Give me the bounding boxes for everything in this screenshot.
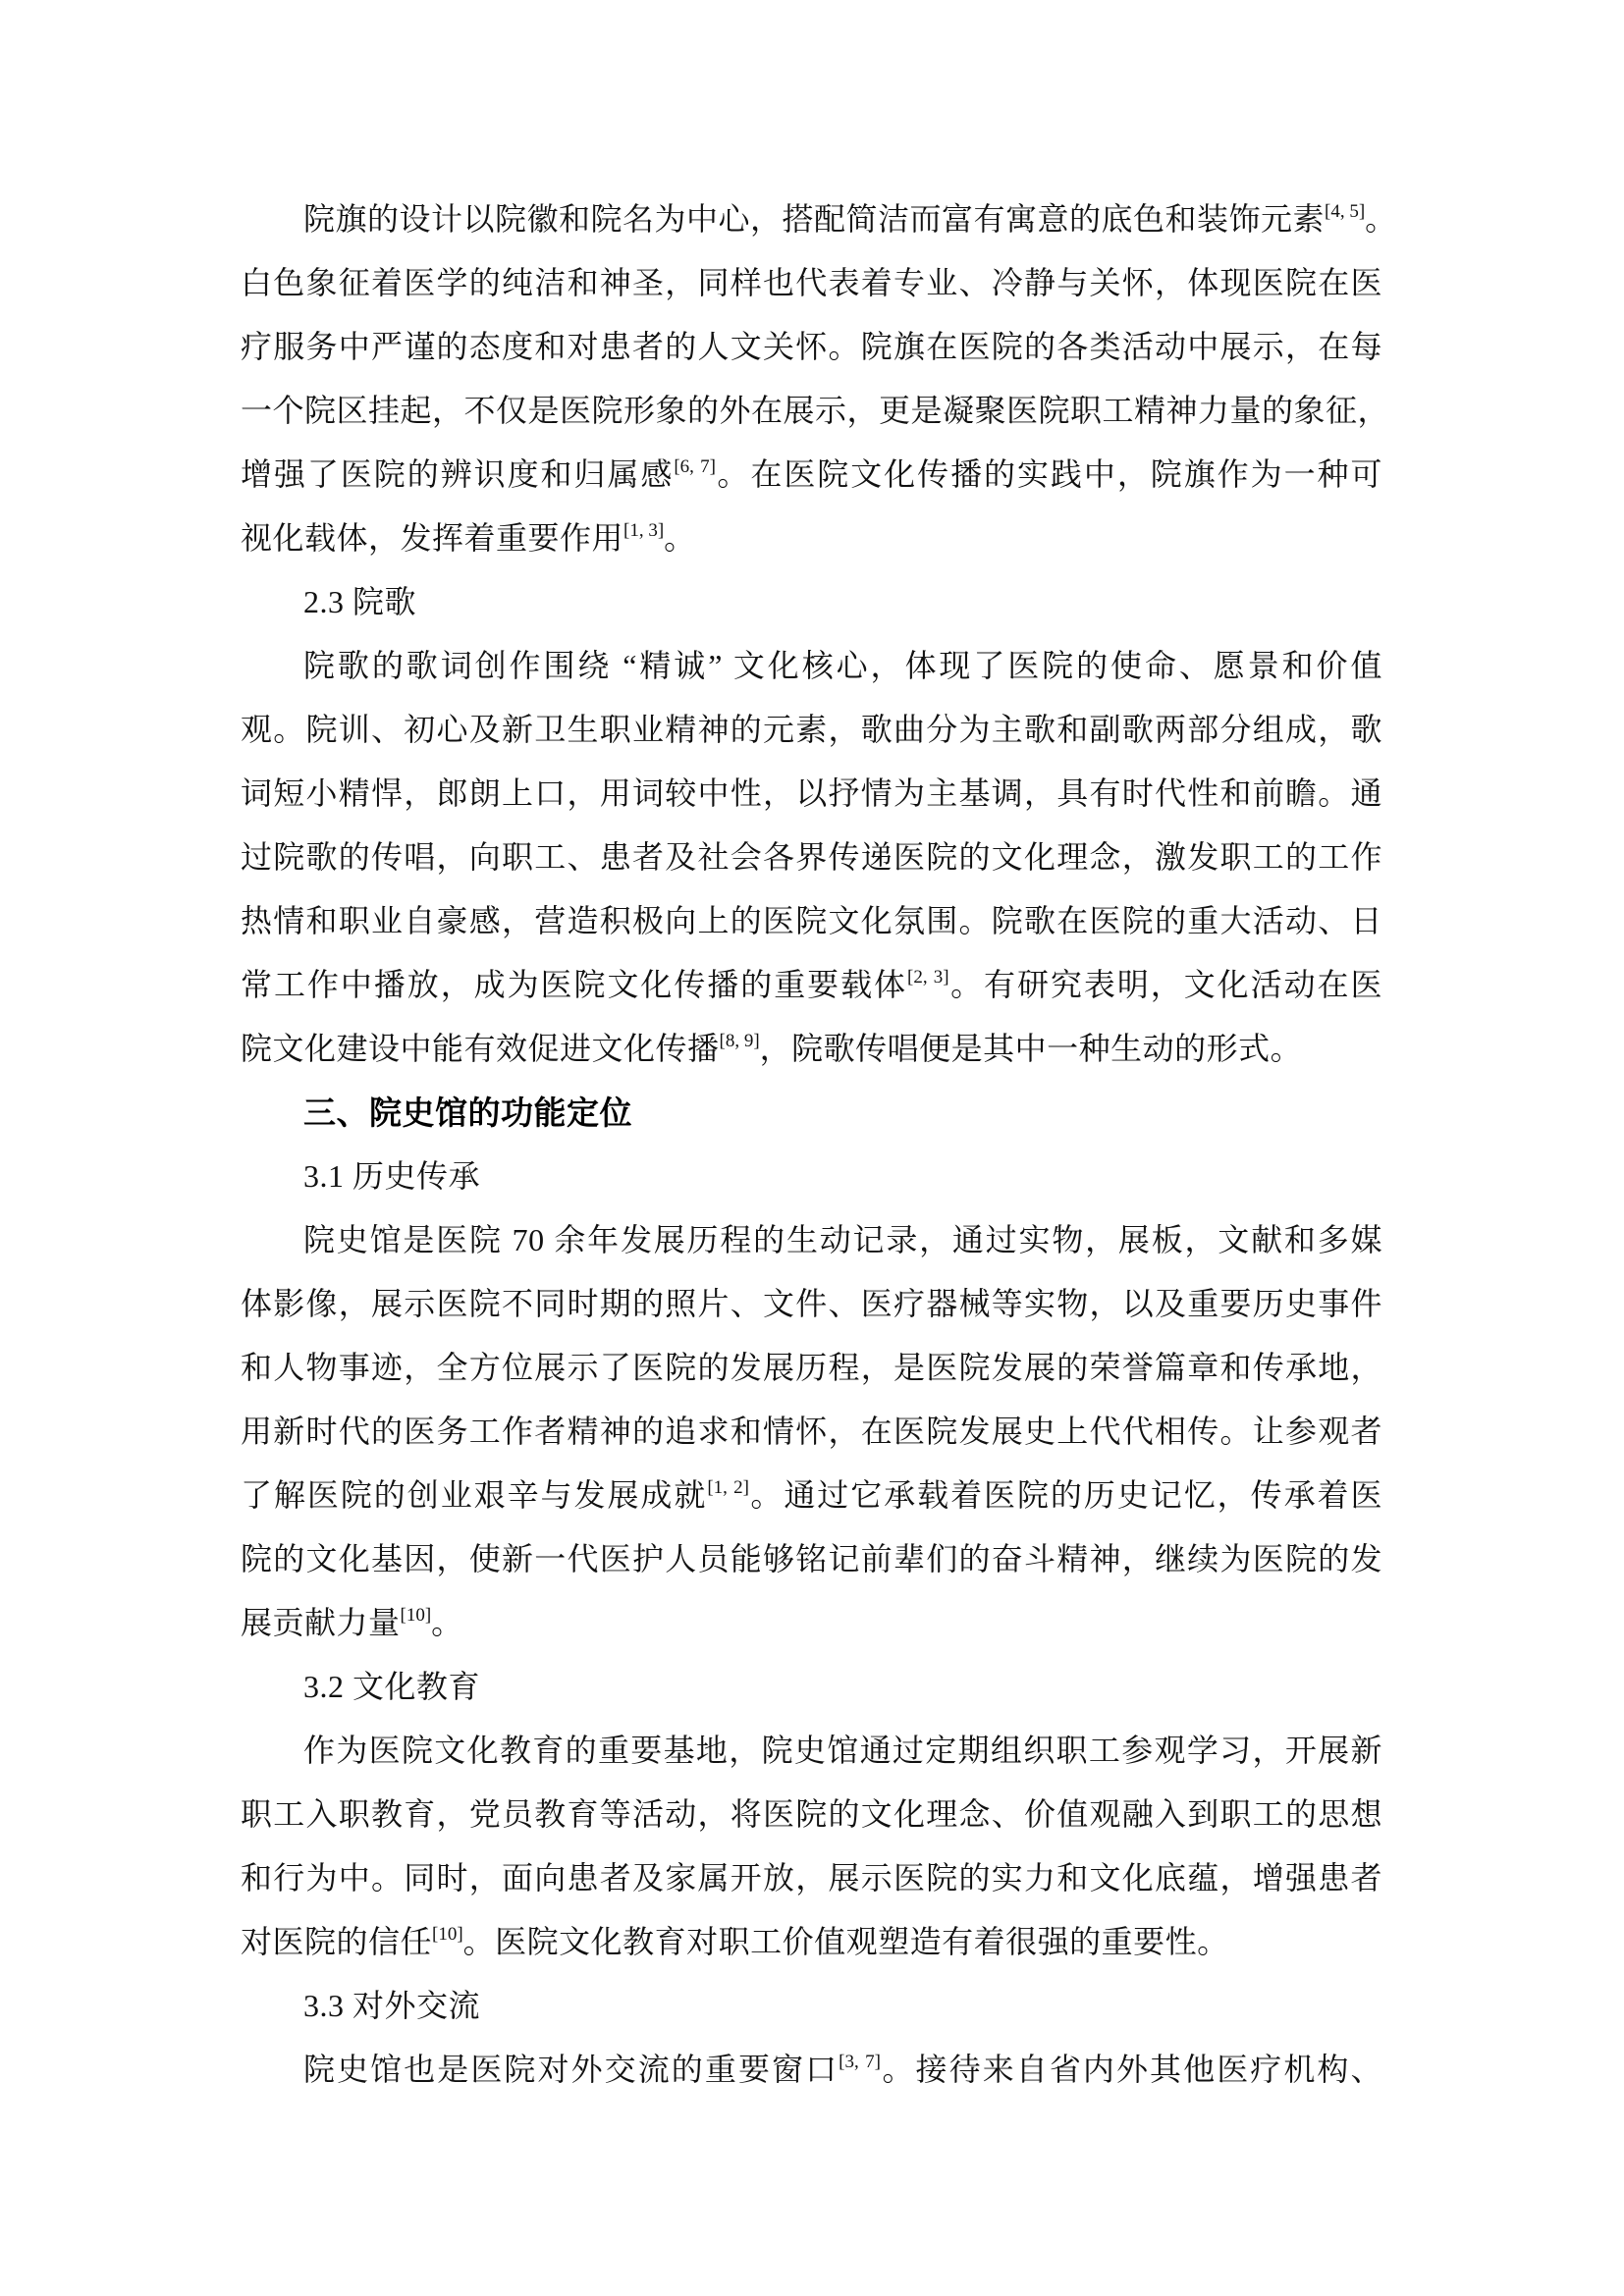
citation-ref: [1, 2] [707,1477,749,1498]
para-history-inheritance-line: 了解医院的创业艰辛与发展成就[1, 2]。通过它承载着医院的历史记忆，传承着医 [241,1464,1382,1527]
para-culture-education-line: 对医院的信任[10]。医院文化教育对职工价值观塑造有着很强的重要性。 [241,1910,1382,1974]
para-hospital-flag-line: 白色象征着医学的纯洁和神圣，同样也代表着专业、冷静与关怀，体现医院在医 [241,251,1382,315]
para-history-inheritance-line: 体影像，展示医院不同时期的照片、文件、医疗器械等实物，以及重要历史事件 [241,1272,1382,1336]
para-hospital-song-line: 院文化建设中能有效促进文化传播[8, 9]，院歌传唱便是其中一种生动的形式。 [241,1017,1382,1081]
heading-3-1-history-inheritance: 3.1 历史传承 [241,1145,1382,1208]
para-hospital-flag-line: 视化载体，发挥着重要作用[1, 3]。 [241,507,1382,570]
document-text: 院旗的设计以院徽和院名为中心，搭配简洁而富有寓意的底色和装饰元素[4, 5]。白… [241,187,1382,2102]
para-culture-education-line: 职工入职教育，党员教育等活动，将医院的文化理念、价值观融入到职工的思想 [241,1783,1382,1846]
para-history-inheritance-line: 和人物事迹，全方位展示了医院的发展历程，是医院发展的荣誉篇章和传承地， [241,1336,1382,1400]
para-hospital-flag-line: 增强了医院的辨识度和归属感[6, 7]。在医院文化传播的实践中，院旗作为一种可 [241,443,1382,507]
citation-ref: [4, 5] [1325,201,1365,222]
citation-ref: [1, 3] [623,520,664,541]
para-hospital-flag-line: 疗服务中严谨的态度和对患者的人文关怀。院旗在医院的各类活动中展示，在每 [241,315,1382,379]
para-hospital-song-line: 院歌的歌词创作围绕 “精诚” 文化核心，体现了医院的使命、愿景和价值 [241,634,1382,698]
citation-ref: [10] [401,1605,432,1626]
heading-3-3-external-exchange: 3.3 对外交流 [241,1974,1382,2038]
para-history-inheritance-line: 院的文化基因，使新一代医护人员能够铭记前辈们的奋斗精神，继续为医院的发 [241,1527,1382,1591]
para-history-inheritance-line: 院史馆是医院 70 余年发展历程的生动记录，通过实物，展板，文献和多媒 [241,1208,1382,1272]
para-culture-education-line: 作为医院文化教育的重要基地，院史馆通过定期组织职工参观学习，开展新 [241,1719,1382,1783]
para-hospital-song-line: 常工作中播放，成为医院文化传播的重要载体[2, 3]。有研究表明，文化活动在医 [241,953,1382,1017]
para-hospital-song-line: 过院歌的传唱，向职工、患者及社会各界传递医院的文化理念，激发职工的工作 [241,826,1382,889]
para-hospital-flag-line: 院旗的设计以院徽和院名为中心，搭配简洁而富有寓意的底色和装饰元素[4, 5]。 [241,187,1382,251]
document-page: 院旗的设计以院徽和院名为中心，搭配简洁而富有寓意的底色和装饰元素[4, 5]。白… [0,0,1624,2296]
para-hospital-song-line: 观。院训、初心及新卫生职业精神的元素，歌曲分为主歌和副歌两部分组成，歌 [241,698,1382,762]
para-external-exchange-line: 院史馆也是医院对外交流的重要窗口[3, 7]。接待来自省内外其他医疗机构、 [241,2038,1382,2102]
para-hospital-song-line: 热情和职业自豪感，营造积极向上的医院文化氛围。院歌在医院的重大活动、日 [241,889,1382,953]
heading-3-2-culture-education: 3.2 文化教育 [241,1655,1382,1719]
citation-ref: [10] [432,1924,463,1945]
citation-ref: [2, 3] [907,967,949,988]
heading-2-3-hospital-song: 2.3 院歌 [241,570,1382,634]
para-culture-education-line: 和行为中。同时，面向患者及家属开放，展示医院的实力和文化底蕴，增强患者 [241,1846,1382,1910]
para-hospital-song-line: 词短小精悍，郎朗上口，用词较中性，以抒情为主基调，具有时代性和前瞻。通 [241,762,1382,826]
para-history-inheritance-line: 用新时代的医务工作者精神的追求和情怀，在医院发展史上代代相传。让参观者 [241,1400,1382,1464]
para-history-inheritance-line: 展贡献力量[10]。 [241,1591,1382,1655]
heading-3-history-hall-functions: 三、院史馆的功能定位 [241,1081,1382,1145]
para-hospital-flag-line: 一个院区挂起，不仅是医院形象的外在展示，更是凝聚医院职工精神力量的象征， [241,379,1382,443]
citation-ref: [3, 7] [839,2052,881,2072]
citation-ref: [6, 7] [674,456,716,477]
citation-ref: [8, 9] [720,1031,760,1051]
